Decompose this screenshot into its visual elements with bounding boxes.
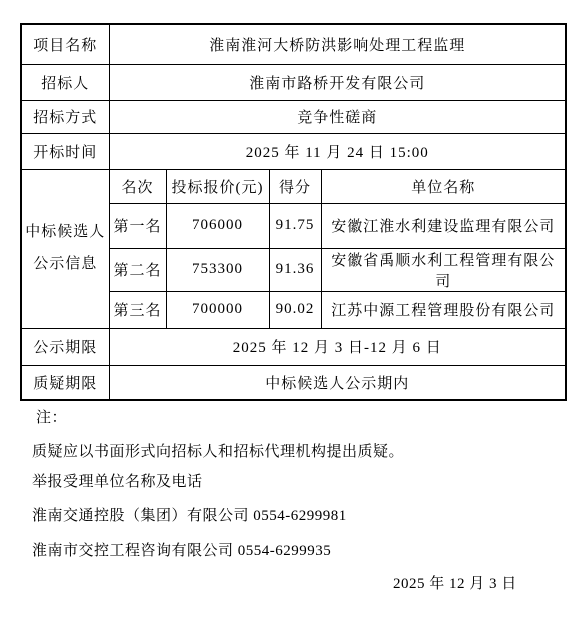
bid-method-value: 竞争性磋商 <box>109 100 566 133</box>
objection-period-value: 中标候选人公示期内 <box>109 365 566 400</box>
bid-announcement-table: 项目名称 淮南淮河大桥防洪影响处理工程监理 招标人 淮南市路桥开发有限公司 招标… <box>20 23 567 401</box>
bid-method-label: 招标方式 <box>21 100 109 133</box>
candidate-company: 安徽江淮水利建设监理有限公司 <box>321 203 566 248</box>
table-row: 招标人 淮南市路桥开发有限公司 <box>21 64 566 100</box>
candidate-rank: 第三名 <box>109 291 166 328</box>
candidate-price: 700000 <box>166 291 269 328</box>
table-row: 质疑期限 中标候选人公示期内 <box>21 365 566 400</box>
project-name-label: 项目名称 <box>21 24 109 64</box>
note-label: 注： <box>36 406 67 427</box>
candidates-label-line2: 公示信息 <box>24 249 107 281</box>
candidate-company: 安徽省禹顺水利工程管理有限公司 <box>321 248 566 291</box>
document-date: 2025 年 12 月 3 日 <box>393 572 517 593</box>
report-units-heading: 举报受理单位名称及电话 <box>32 470 203 491</box>
opening-time-label: 开标时间 <box>21 133 109 169</box>
project-name-value: 淮南淮河大桥防洪影响处理工程监理 <box>109 24 566 64</box>
objection-instruction: 质疑应以书面形式向招标人和招标代理机构提出质疑。 <box>32 440 404 461</box>
candidate-score: 90.02 <box>269 291 321 328</box>
report-unit-1: 淮南交通控股（集团）有限公司 0554-6299981 <box>32 504 347 525</box>
candidate-price: 753300 <box>166 248 269 291</box>
candidates-header-row: 中标候选人 公示信息 名次 投标报价(元) 得分 单位名称 <box>21 169 566 203</box>
table-row: 招标方式 竞争性磋商 <box>21 100 566 133</box>
report-unit-2: 淮南市交控工程咨询有限公司 0554-6299935 <box>32 539 331 560</box>
table-row: 公示期限 2025 年 12 月 3 日-12 月 6 日 <box>21 328 566 365</box>
price-header: 投标报价(元) <box>166 169 269 203</box>
announcement-document: 项目名称 淮南淮河大桥防洪影响处理工程监理 招标人 淮南市路桥开发有限公司 招标… <box>0 0 584 643</box>
tenderer-label: 招标人 <box>21 64 109 100</box>
candidate-rank: 第一名 <box>109 203 166 248</box>
candidate-score: 91.36 <box>269 248 321 291</box>
table-row: 开标时间 2025 年 11 月 24 日 15:00 <box>21 133 566 169</box>
score-header: 得分 <box>269 169 321 203</box>
publicity-period-value: 2025 年 12 月 3 日-12 月 6 日 <box>109 328 566 365</box>
table-row: 项目名称 淮南淮河大桥防洪影响处理工程监理 <box>21 24 566 64</box>
candidate-score: 91.75 <box>269 203 321 248</box>
company-header: 单位名称 <box>321 169 566 203</box>
objection-period-label: 质疑期限 <box>21 365 109 400</box>
rank-header: 名次 <box>109 169 166 203</box>
opening-time-value: 2025 年 11 月 24 日 15:00 <box>109 133 566 169</box>
candidate-company: 江苏中源工程管理股份有限公司 <box>321 291 566 328</box>
publicity-period-label: 公示期限 <box>21 328 109 365</box>
candidates-section-label: 中标候选人 公示信息 <box>21 169 109 328</box>
tenderer-value: 淮南市路桥开发有限公司 <box>109 64 566 100</box>
candidate-price: 706000 <box>166 203 269 248</box>
candidates-label-line1: 中标候选人 <box>24 217 107 249</box>
candidate-rank: 第二名 <box>109 248 166 291</box>
